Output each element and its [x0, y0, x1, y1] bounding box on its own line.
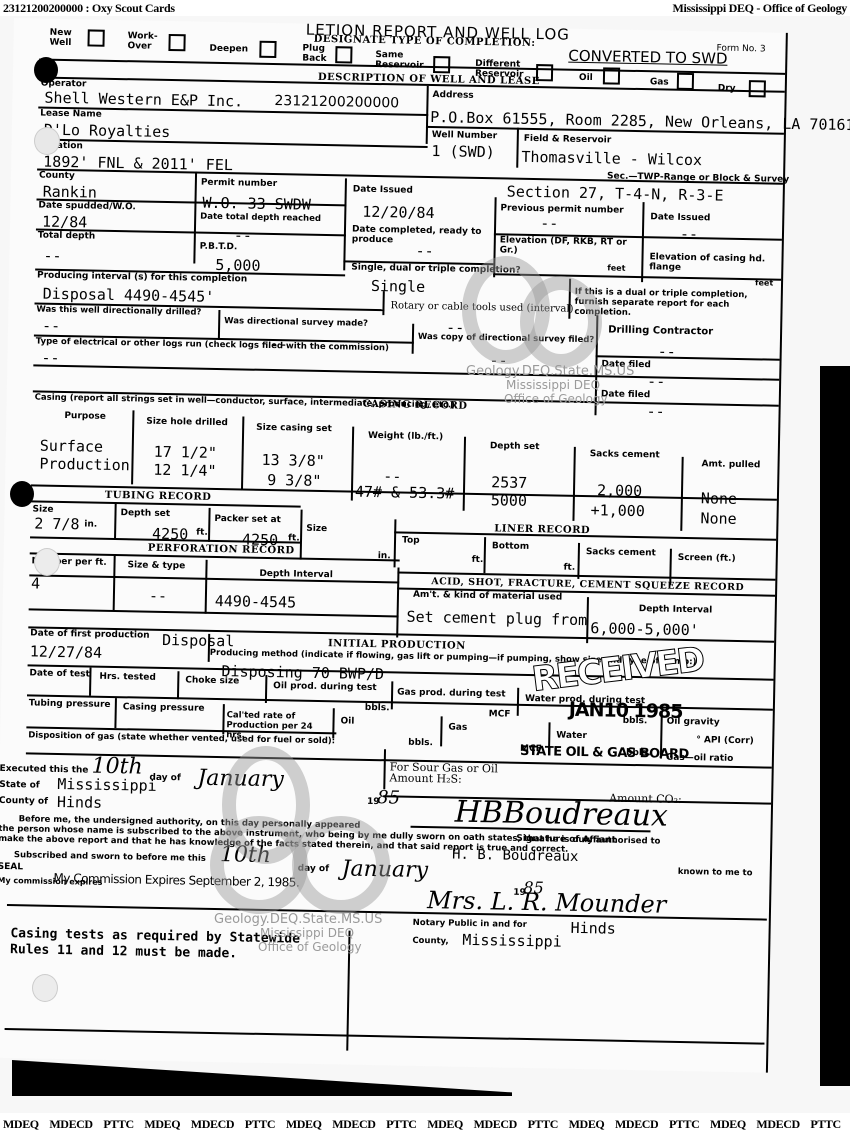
footer-item: MDECD: [474, 1117, 517, 1135]
field-reservoir-label: Field & Reservoir: [524, 134, 612, 146]
dual-completion-note: If this is a dual or triple completion, …: [574, 287, 775, 321]
test-col-oil: Oil prod. during test: [273, 681, 377, 693]
scanned-document: LETION REPORT AND WELL LOG DESIGNATE TYP…: [0, 16, 850, 1113]
watermark-url: Geology.DEQ.State.MS.US: [466, 364, 634, 379]
form-number: Form No. 3: [716, 43, 765, 54]
known-label: known to me to: [678, 867, 753, 878]
pressure-col-tubing: Tubing pressure: [29, 698, 111, 710]
liner-top-unit: ft.: [472, 555, 484, 565]
rate-col-oil: Oil: [340, 716, 354, 726]
county-of-value: Hinds: [57, 793, 102, 812]
acid-material-value: Set cement plug from: [406, 608, 587, 629]
drilling-contractor-label: Drilling Contractor: [608, 325, 713, 337]
rate-col-water: Water: [556, 731, 587, 742]
casing-tests-note: Casing tests as required by Statewide Ru…: [10, 926, 300, 964]
tubing-size-value: 2 7/8: [34, 514, 79, 533]
completion-report-form: LETION REPORT AND WELL LOG DESIGNATE TYP…: [0, 18, 788, 1073]
address-label: Address: [433, 90, 474, 101]
checkbox-work-over[interactable]: [168, 34, 185, 51]
scan-edge-shadow: [820, 366, 850, 1086]
record-title: 23121200200000 : Oxy Scout Cards: [3, 1, 175, 16]
gravity-unit: ° API (Corr): [696, 735, 754, 746]
executed-year: 85: [377, 787, 400, 808]
casing-record-heading: CASING RECORD: [363, 399, 468, 412]
h2s-label: Amount H₂S:: [389, 773, 462, 784]
directional-survey-label: Was directional survey made?: [224, 316, 368, 329]
field-reservoir-value: Thomasville - Wilcox: [521, 148, 702, 169]
tubing-record-heading: TUBING RECORD: [105, 490, 212, 503]
binder-hole: [10, 481, 34, 507]
previous-permit-label: Previous permit number: [500, 203, 623, 215]
test-oil-unit: bbls.: [365, 703, 390, 713]
lease-name-label: Lease Name: [40, 109, 102, 120]
binder-hole: [34, 127, 60, 155]
logs-run-label: Type of electrical or other logs run (ch…: [36, 336, 389, 353]
footer-item: PTTC: [528, 1117, 558, 1135]
executed-label: Executed this the: [0, 764, 89, 776]
elevation-casing-label: Elevation of casing hd. flange: [649, 252, 779, 274]
checkbox-gas[interactable]: [677, 73, 694, 90]
footer-item: MDECD: [49, 1117, 92, 1135]
casing-col-purpose: Purpose: [64, 411, 106, 422]
watermark-url-2: Geology.DEQ.State.MS.US: [214, 912, 382, 927]
date-spudded-label: Date spudded/W.O.: [38, 201, 136, 213]
received-stamp: RECEIVED: [530, 640, 706, 700]
checkbox-deepen[interactable]: [259, 41, 276, 58]
sworn-label: Subscribed and sworn to before me this: [14, 850, 206, 864]
directionally-drilled-value: --: [42, 317, 60, 335]
sec-twp-range-label: Sec.—TWP-Range or Block & Survey: [607, 171, 789, 184]
permit-number-label: Permit number: [201, 178, 277, 189]
binder-hole: [34, 548, 60, 576]
casing-row-1-casing: 13 3/8": [261, 451, 325, 470]
viewer-header: 23121200200000 : Oxy Scout Cards Mississ…: [0, 0, 850, 16]
casing-col-hole: Size hole drilled: [146, 417, 228, 429]
agency-stamp: STATE OIL & GAS BOARD: [520, 744, 689, 762]
notary-county-label: County,: [412, 936, 449, 947]
date-total-depth-label: Date total depth reached: [200, 212, 321, 224]
acid-depth-value: 6,000-5,000': [590, 619, 699, 639]
watermark-agency: Mississippi DEQ: [506, 378, 600, 392]
rate-col-gas: Gas: [448, 722, 467, 732]
date-filed-2-label: Date filed: [601, 389, 651, 400]
casing-col-casing: Size casing set: [256, 423, 332, 434]
previous-date-issued-label: Date Issued: [650, 212, 710, 223]
gas-label: Gas: [650, 77, 669, 87]
footer-item: PTTC: [103, 1117, 133, 1135]
footer-item: MDEQ: [569, 1117, 605, 1135]
casing-row-2-sacks: +1,000: [590, 501, 645, 520]
watermark-office-2: Office of Geology: [258, 940, 362, 954]
notary-county: Hinds: [570, 919, 615, 938]
casing-row-2-casing: 9 3/8": [267, 471, 322, 490]
liner-col-bottom: Bottom: [492, 541, 529, 552]
binder-hole: [32, 974, 58, 1002]
elevation-label: Elevation (DF, RKB, RT or Gr.): [500, 235, 640, 258]
elevation-unit: feet: [607, 263, 625, 273]
casing-col-pulled: Amt. pulled: [701, 459, 760, 470]
footer-item: MDECD: [756, 1117, 799, 1135]
tubing-depth-unit: ft.: [196, 528, 208, 538]
affiant-name: H. B. Boudreaux: [452, 847, 579, 865]
total-depth-value: --: [43, 247, 61, 265]
previous-date-issued-value: --: [680, 225, 698, 243]
footer-item: PTTC: [245, 1117, 275, 1135]
perf-col-size-type: Size & type: [127, 560, 185, 571]
casing-row-1-purpose: Surface: [40, 437, 104, 456]
acid-col-material: Am't. & kind of material used: [413, 590, 562, 603]
watermark-office: Office of Geology: [504, 392, 608, 406]
notary-label: Notary Public in and for: [413, 918, 527, 930]
casing-col-weight: Weight (lb./ft.): [368, 431, 443, 442]
watermark-logo-icon: [292, 816, 390, 914]
footer-item: MDECD: [191, 1117, 234, 1135]
date-issued-label: Date Issued: [353, 185, 413, 196]
test-gas-unit: MCF: [489, 709, 511, 719]
tubing-size-label: Size: [32, 504, 53, 514]
test-col-date: Date of test: [29, 668, 90, 679]
date-completed-value: --: [415, 242, 433, 260]
footer-item: MDECD: [615, 1117, 658, 1135]
single-dual-value: Single: [371, 277, 426, 296]
liner-col-sacks: Sacks cement: [586, 547, 656, 558]
sec-twp-range-value: Section 27, T-4-N, R-3-E: [507, 182, 724, 204]
footer-item: MDEQ: [427, 1117, 463, 1135]
casing-col-sacks: Sacks cement: [590, 449, 660, 460]
casing-row-2-pulled: None: [700, 509, 736, 528]
api-number: 23121200200000: [274, 93, 399, 111]
binder-hole: [34, 57, 58, 83]
deepen-label: Deepen: [209, 44, 248, 55]
watermark-agency-2: Mississippi DEQ: [260, 926, 354, 940]
total-depth-label: Total depth: [38, 230, 96, 241]
county-label: County: [39, 171, 75, 182]
received-date-stamp: JAN10 1985: [569, 699, 683, 723]
pressure-col-casing: Casing pressure: [123, 702, 205, 714]
footer-item: MDECD: [332, 1117, 375, 1135]
footer-item: PTTC: [386, 1117, 416, 1135]
tubing-depth-label: Depth set: [120, 508, 170, 519]
new-well-label: NewWell: [49, 28, 79, 49]
lease-name-value: D'Lo Royalties: [44, 121, 171, 141]
casing-row-2-purpose: Production: [39, 455, 130, 475]
completion-type-value: CONVERTED TO SWD: [568, 47, 727, 68]
casing-row-1-hole: 17 1/2": [154, 443, 218, 462]
previous-permit-value: --: [540, 214, 558, 232]
first-production-value: 12/27/84: [30, 642, 103, 661]
agency-title: Mississippi DEQ - Office of Geology: [673, 1, 848, 16]
footer-item: PTTC: [810, 1117, 840, 1135]
checkbox-dry[interactable]: [749, 80, 766, 97]
tubing-packer-label: Packer set at: [214, 514, 281, 525]
directionally-drilled-label: Was this well directionally drilled?: [36, 304, 201, 317]
casing-row-2-hole: 12 1/4": [153, 461, 217, 480]
viewer-footer: MDEQ MDECD PTTC MDEQ MDECD PTTC MDEQ MDE…: [0, 1113, 850, 1135]
oil-label: Oil: [579, 73, 593, 83]
footer-item: MDEQ: [3, 1117, 39, 1135]
perf-number-value: 4: [31, 574, 40, 592]
date-filed-1-value: --: [647, 372, 665, 390]
plug-back-label: PlugBack: [302, 44, 327, 64]
rate-oil-unit: bbls.: [408, 738, 433, 748]
liner-col-screen: Screen (ft.): [678, 553, 736, 564]
checkbox-new-well[interactable]: [87, 29, 104, 46]
well-number-value: 1 (SWD): [431, 142, 495, 161]
state-of-label: State of: [0, 780, 40, 791]
date-issued-value: 12/20/84: [362, 203, 435, 222]
county-of-label: County of: [0, 796, 48, 807]
footer-item: MDEQ: [286, 1117, 322, 1135]
test-col-hrs: Hrs. tested: [99, 672, 156, 683]
liner-col-size: Size: [306, 524, 327, 534]
pbtd-label: P.B.T.D.: [200, 242, 238, 253]
perf-depth-value: 4490-4545: [215, 592, 297, 612]
state-of-value: Mississippi: [57, 775, 157, 795]
well-number-label: Well Number: [432, 130, 498, 141]
work-over-label: Work-Over: [127, 31, 157, 52]
watermark-logo-icon: [520, 276, 602, 368]
casing-row-1-depth: 2537: [491, 473, 527, 492]
notary-state: Mississippi: [462, 931, 562, 951]
perf-size-type-value: --: [149, 587, 167, 605]
first-production-label: Date of first production: [30, 628, 150, 640]
checkbox-same-reservoir[interactable]: [433, 56, 450, 73]
date-filed-2-value: --: [646, 402, 664, 420]
footer-item: PTTC: [669, 1117, 699, 1135]
seal-label: SEAL: [0, 862, 23, 872]
liner-bottom-unit: ft.: [563, 563, 575, 573]
liner-col-top: Top: [402, 536, 420, 546]
footer-item: MDEQ: [144, 1117, 180, 1135]
test-col-choke: Choke size: [185, 675, 239, 686]
test-col-gas: Gas prod. during test: [397, 687, 506, 699]
casing-col-depth: Depth set: [490, 441, 540, 452]
acid-col-depth: Depth Interval: [639, 604, 713, 615]
checkbox-plug-back[interactable]: [335, 46, 352, 63]
footer-item: MDEQ: [710, 1117, 746, 1135]
tubing-size-unit: in.: [84, 519, 97, 529]
